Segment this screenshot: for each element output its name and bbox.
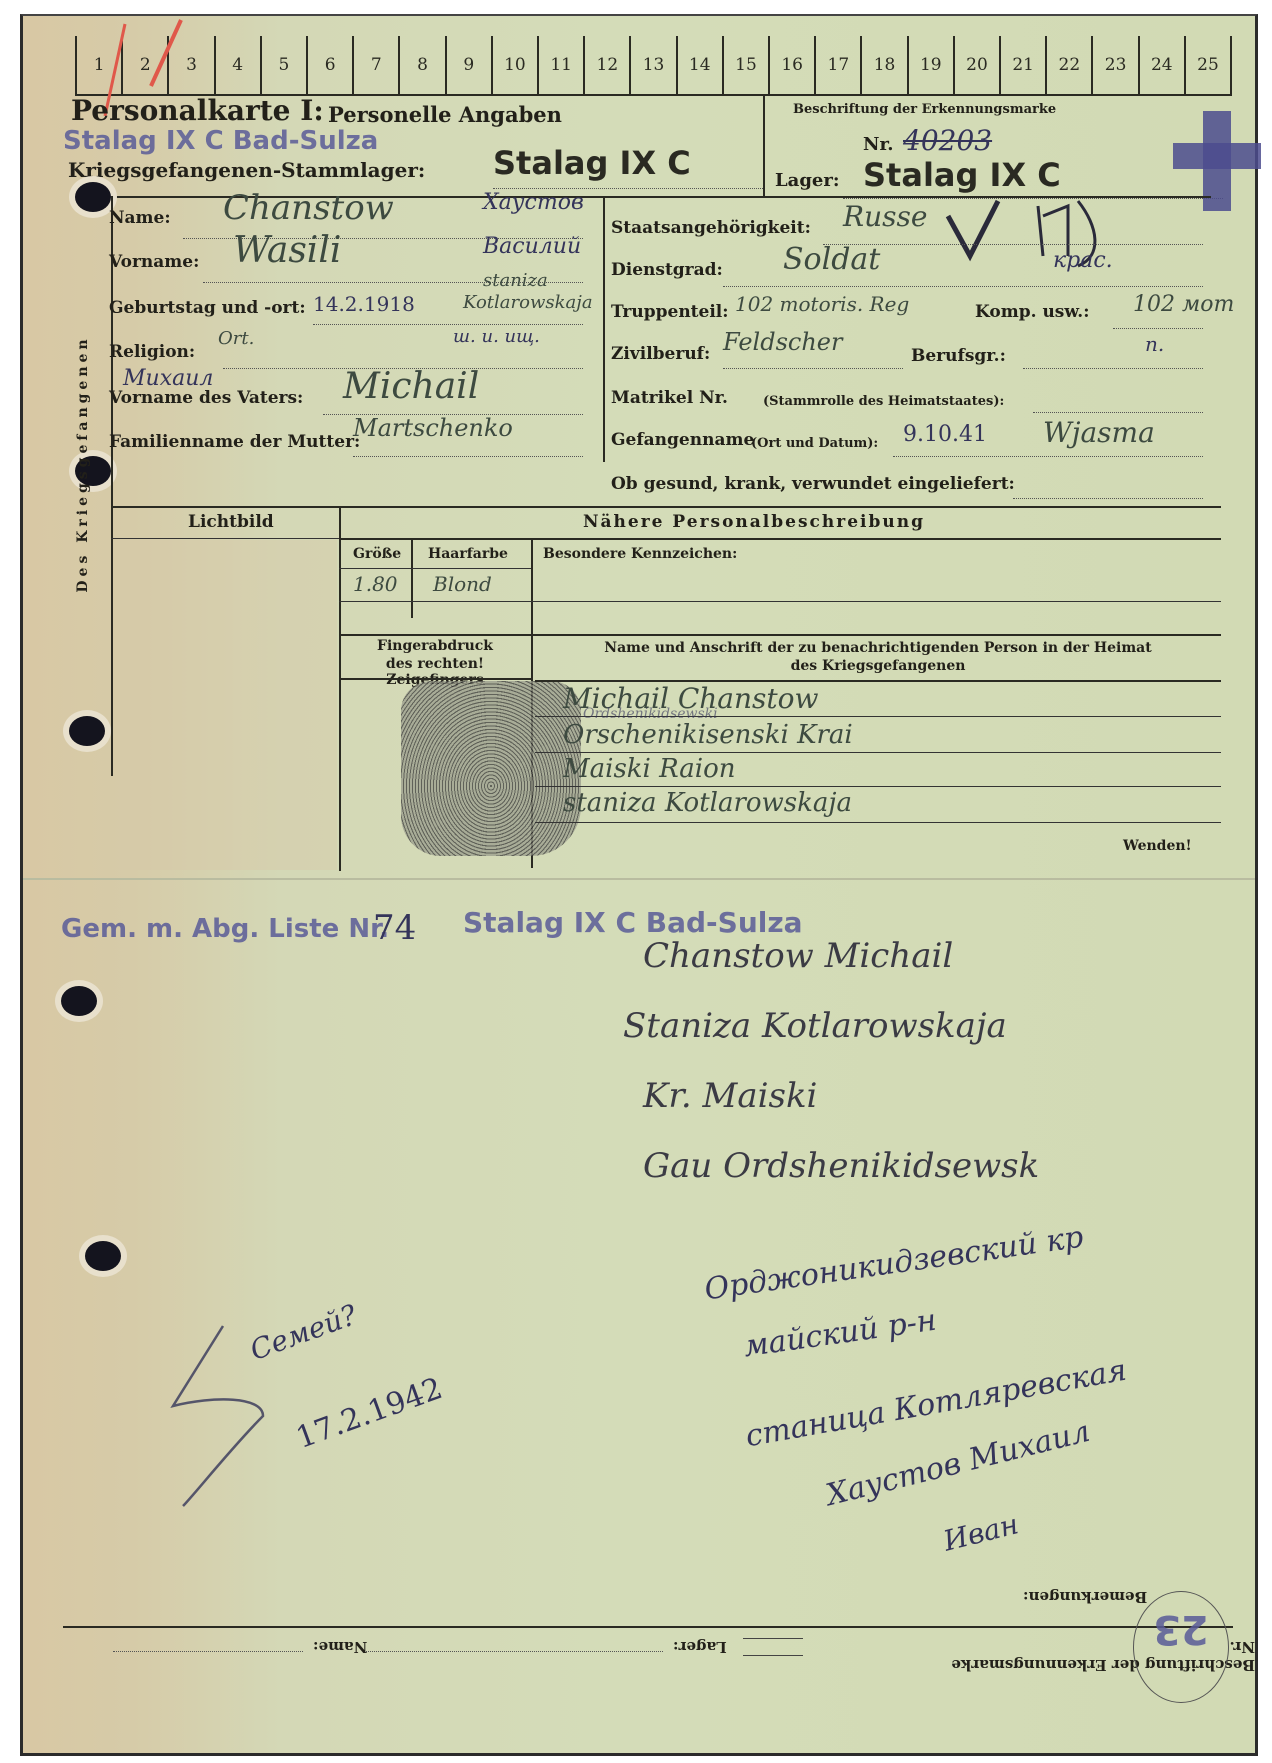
column-number-cell: 20 <box>953 36 999 94</box>
zivilberuf-label: Zivilberuf: <box>611 344 710 364</box>
bemerkungen-label: Bemerkungen: <box>1023 1588 1147 1606</box>
column-number-cell: 10 <box>491 36 537 94</box>
side-label: Des Kriegsgefangenen <box>75 314 91 614</box>
rev-stripes <box>743 1638 803 1656</box>
gefangen-sub: (Ort und Datum): <box>751 436 878 451</box>
column-number-cell: 14 <box>676 36 722 94</box>
dienstgrad-value: Soldat <box>783 242 880 277</box>
column-number-cell: 7 <box>352 36 398 94</box>
column-number-cell: 9 <box>445 36 491 94</box>
address-line-1: Chanstow Michail <box>643 936 953 976</box>
erkennungsmarke-heading: Beschriftung der Erkennungsmarke <box>793 102 1056 117</box>
zivilberuf-value: Feldscher <box>723 328 842 356</box>
dienstgrad-label: Dienstgrad: <box>611 260 723 280</box>
marke-nr-value: 40203 <box>903 124 992 157</box>
name-label: Name: <box>109 208 171 228</box>
cyrillic-line-2: майский р-н <box>742 1303 939 1365</box>
cyrillic-line-5: Иван <box>940 1507 1022 1557</box>
geburt-place-line2: Kotlarowskaja <box>463 292 593 313</box>
vorname-cyrillic: Василий <box>483 234 581 259</box>
religion-note: ш. и. ищ. <box>453 326 540 347</box>
address-line-4: Gau Ordshenikidsewsk <box>643 1146 1039 1186</box>
matrikel-sub: (Stammrolle des Heimatstaates): <box>763 394 1004 409</box>
truppenteil-label: Truppenteil: <box>611 302 729 322</box>
column-number-cell: 8 <box>398 36 444 94</box>
column-number-cell: 24 <box>1138 36 1184 94</box>
column-number-cell: 18 <box>860 36 906 94</box>
contact-line-4: staniza Kotlarowskaja <box>563 788 852 818</box>
groesse-value: 1.80 <box>353 572 398 596</box>
vorname-value: Wasili <box>233 230 341 271</box>
stalag-stamp-top: Stalag IX C Bad-Sulza <box>63 126 378 156</box>
geburt-label: Geburtstag und -ort: <box>109 298 306 318</box>
religion-value: Ort. <box>218 328 254 349</box>
vorname-label: Vorname: <box>109 252 199 272</box>
column-number-cell: 12 <box>583 36 629 94</box>
groesse-label: Größe <box>353 546 401 562</box>
geburt-place-line1: staniza <box>483 270 548 291</box>
card-subtitle: Personelle Angaben <box>328 102 562 127</box>
komp-label: Komp. usw.: <box>975 302 1090 322</box>
lichtbild-label: Lichtbild <box>188 512 274 532</box>
column-number-cell: 21 <box>999 36 1045 94</box>
signature-note: Семей? <box>246 1298 361 1367</box>
religion-label: Religion: <box>109 342 195 362</box>
punch-hole <box>61 986 97 1016</box>
marke-lager-label: Lager: <box>775 170 840 191</box>
column-number-cell: 19 <box>907 36 953 94</box>
stalag-stamp-lower: Stalag IX C Bad-Sulza <box>463 906 803 939</box>
column-number-cell: 4 <box>214 36 260 94</box>
column-number-strip: 1234567891011121314151617181920212223242… <box>75 36 1232 96</box>
punch-hole <box>69 716 105 746</box>
column-number-cell: 23 <box>1091 36 1137 94</box>
name-value: Chanstow <box>223 188 394 228</box>
wenden-label: Wenden! <box>1123 838 1192 854</box>
punch-hole <box>75 182 111 212</box>
gefangen-label: Gefangenname <box>611 430 754 450</box>
kennzeichen-label: Besondere Kennzeichen: <box>543 546 737 562</box>
card-fold <box>23 878 1255 880</box>
gesund-label: Ob gesund, krank, verwundet eingeliefert… <box>611 474 1015 494</box>
haarfarbe-label: Haarfarbe <box>428 546 508 562</box>
marke-lager-value: Stalag IX C <box>863 156 1061 194</box>
mutter-value: Martschenko <box>353 414 513 442</box>
vater-label: Vorname des Vaters: <box>109 388 303 408</box>
stammlager-value: Stalag IX C <box>493 144 691 182</box>
rev-lager: Lager: <box>673 1638 727 1656</box>
column-number-cell: 16 <box>768 36 814 94</box>
staat-value: Russe <box>843 200 927 233</box>
column-number-cell: 22 <box>1045 36 1091 94</box>
column-number-cell: 15 <box>722 36 768 94</box>
dienstgrad-note: крас. <box>1053 248 1113 273</box>
signature-date: 17.2.1942 <box>292 1371 447 1456</box>
personal-card: 1234567891011121314151617181920212223242… <box>20 14 1258 1756</box>
card-title: Personalkarte I: <box>71 94 324 127</box>
gefangen-place: Wjasma <box>1043 416 1155 449</box>
column-number-cell: 6 <box>306 36 352 94</box>
contact-heading-1: Name und Anschrift der zu benachrichtige… <box>535 640 1221 656</box>
punch-hole <box>85 1241 121 1271</box>
cyrillic-line-1: Орджоникидзевский кр <box>702 1220 1085 1308</box>
contact-heading-2: des Kriegsgefangenen <box>535 658 1221 674</box>
gefangen-date: 9.10.41 <box>903 422 987 447</box>
photo-placeholder <box>115 540 337 870</box>
column-number-cell: 13 <box>629 36 675 94</box>
contact-line-3: Maiski Raion <box>563 754 736 784</box>
contact-line-2: Orschenikisenski Krai <box>563 720 853 750</box>
berufsgr-value: n. <box>1145 332 1164 356</box>
fingerprint-image <box>401 681 581 856</box>
stammlager-label: Kriegsgefangenen-Stammlager: <box>68 158 425 182</box>
liste-nr: 74 <box>373 908 416 948</box>
haarfarbe-value: Blond <box>433 572 492 596</box>
circle-number: 23 <box>1153 1606 1209 1652</box>
address-line-3: Kr. Maiski <box>643 1076 817 1116</box>
rev-name: Name: <box>313 1638 367 1656</box>
vater-cyrillic: Михаил <box>123 366 213 391</box>
naehere-label: Nähere Personalbeschreibung <box>583 512 925 532</box>
komp-value: 102 мот <box>1133 292 1234 317</box>
matrikel-label: Matrikel Nr. <box>611 388 728 408</box>
column-number-cell: 17 <box>814 36 860 94</box>
marke-nr-label: Nr. <box>863 134 894 155</box>
address-line-2: Staniza Kotlarowskaja <box>623 1006 1007 1046</box>
column-number-cell: 25 <box>1184 36 1232 94</box>
berufsgr-label: Berufsgr.: <box>911 346 1006 366</box>
staat-label: Staatsangehörigkeit: <box>611 218 811 238</box>
name-cyrillic: Хаустов <box>483 190 584 215</box>
column-number-cell: 5 <box>260 36 306 94</box>
column-number-cell: 11 <box>537 36 583 94</box>
finger-label-1: Fingerabdruck <box>339 638 531 654</box>
mutter-label: Familienname der Mutter: <box>109 432 360 452</box>
vater-value: Michail <box>343 366 479 407</box>
liste-stamp: Gem. m. Abg. Liste Nr. <box>61 914 389 944</box>
truppenteil-value: 102 motoris. Reg <box>735 292 909 316</box>
geburt-date: 14.2.1918 <box>313 292 415 316</box>
